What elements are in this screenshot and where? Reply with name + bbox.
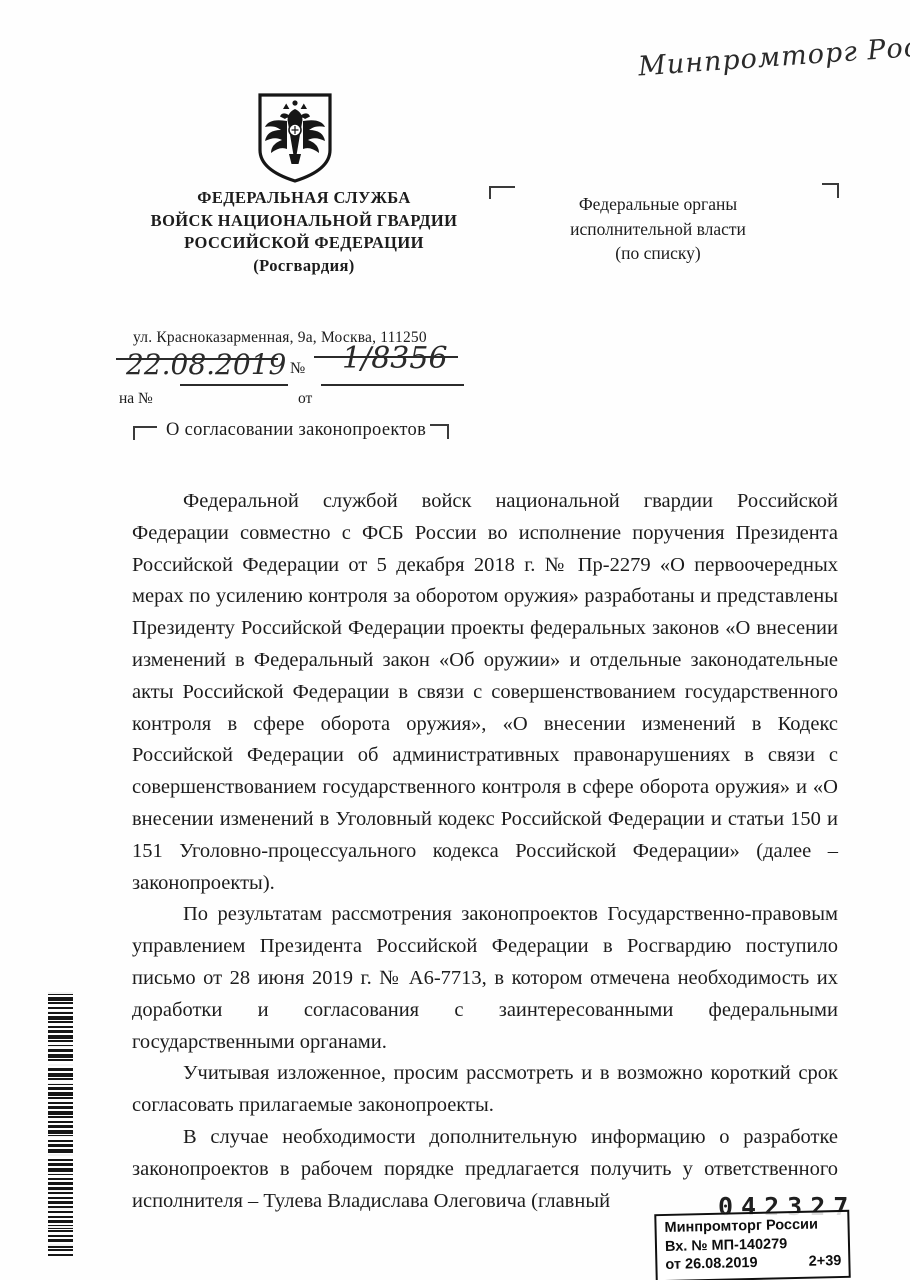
- handwritten-resolution: Минпромторг России: [637, 33, 910, 83]
- addressee-line-3: (по списку): [522, 241, 794, 266]
- org-line-1: ФЕДЕРАЛЬНАЯ СЛУЖБА: [112, 187, 496, 210]
- subject-corner-right: [430, 424, 449, 439]
- ref-na-underline: [180, 384, 288, 386]
- addressee-corner-left: [489, 186, 515, 199]
- subject-line: О согласовании законопроектов: [166, 420, 426, 441]
- scanned-letter-page: Минпромторг России ФЕДЕРАЛЬНАЯ СЛУЖБА ВО…: [0, 0, 910, 1280]
- ref-na-label: на №: [119, 390, 153, 408]
- letter-body: Федеральной службой войск национальной г…: [132, 486, 838, 1217]
- org-line-4: (Росгвардия): [112, 255, 496, 278]
- addressee-line-1: Федеральные органы: [522, 192, 794, 217]
- stamp-pages-count: 2+39: [809, 1252, 842, 1271]
- letterhead-org-name: ФЕДЕРАЛЬНАЯ СЛУЖБА ВОЙСК НАЦИОНАЛЬНОЙ ГВ…: [112, 187, 496, 277]
- ref-ot-underline: [321, 384, 464, 386]
- org-line-3: РОССИЙСКОЙ ФЕДЕРАЦИИ: [112, 232, 496, 255]
- incoming-stamp: Минпромторг России Вх. № МП-140279 от 26…: [654, 1210, 850, 1280]
- addressee-block: Федеральные органы исполнительной власти…: [522, 192, 794, 266]
- addressee-line-2: исполнительной власти: [522, 217, 794, 242]
- number-sign: №: [290, 360, 305, 378]
- subject-corner-left: [133, 426, 157, 440]
- handwritten-outgoing-number: 1/8356: [342, 341, 448, 376]
- body-paragraph-3: Учитывая изложенное, просим рассмотреть …: [132, 1058, 838, 1122]
- coat-of-arms-icon: [256, 92, 334, 184]
- barcode: [48, 992, 73, 1258]
- stamp-date: от 26.08.2019: [665, 1254, 758, 1275]
- handwritten-date: 22.08.2019: [126, 348, 286, 381]
- body-paragraph-1: Федеральной службой войск национальной г…: [132, 486, 838, 899]
- addressee-corner-right: [822, 183, 839, 198]
- org-line-2: ВОЙСК НАЦИОНАЛЬНОЙ ГВАРДИИ: [112, 210, 496, 233]
- body-paragraph-2: По результатам рассмотрения законопроект…: [132, 899, 838, 1058]
- ref-ot-label: от: [298, 390, 312, 408]
